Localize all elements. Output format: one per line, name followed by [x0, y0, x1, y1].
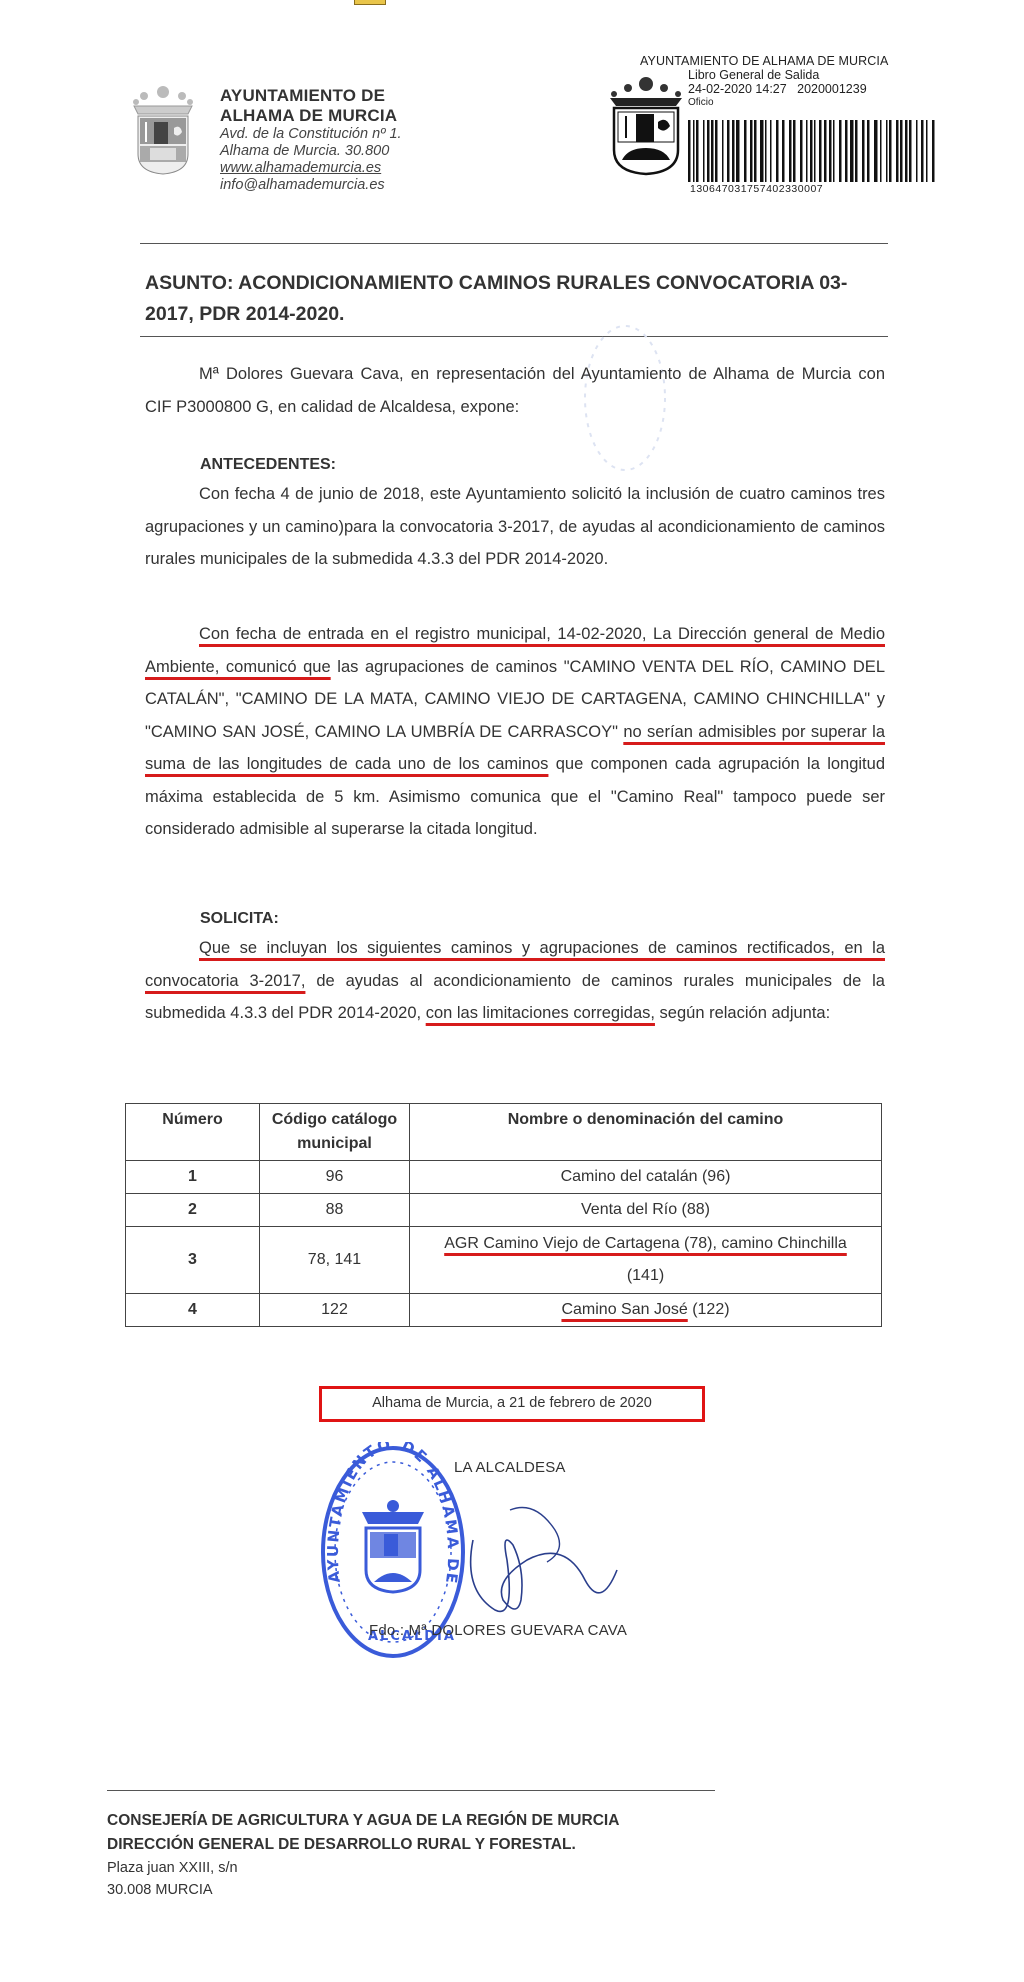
place-date-box: Alhama de Murcia, a 21 de febrero de 202… [319, 1386, 705, 1422]
signer-role: LA ALCALDESA [454, 1459, 566, 1476]
cell-codigo: 78, 141 [260, 1227, 410, 1294]
solicita-paragraph: Que se incluyan los siguientes caminos y… [145, 932, 885, 1030]
highlighted-text: AGR Camino Viejo de Cartagena (78), cami… [444, 1235, 847, 1252]
table-row: 3 78, 141 AGR Camino Viejo de Cartagena … [126, 1227, 882, 1294]
header-codigo: Código catálogo municipal [260, 1104, 410, 1161]
recipient-line2: DIRECCIÓN GENERAL DE DESARROLLO RURAL Y … [107, 1833, 619, 1857]
stamp-book: Libro General de Salida [688, 68, 867, 82]
address-line2: Alhama de Murcia. 30.800 [220, 143, 402, 160]
cell-text: (141) [627, 1267, 664, 1284]
cell-text: (122) [688, 1301, 730, 1318]
highlighted-text: Camino San José [561, 1301, 687, 1318]
barcode-number: 130647031757402330007 [690, 183, 823, 195]
cell-nombre: AGR Camino Viejo de Cartagena (78), cami… [410, 1227, 882, 1294]
email-address: info@alhamademurcia.es [220, 177, 402, 194]
intro-paragraph: Mª Dolores Guevara Cava, en representaci… [145, 358, 885, 423]
divider [140, 243, 888, 244]
stamp-datetime-number: 24-02-2020 14:27 2020001239 [688, 82, 867, 96]
cell-codigo: 122 [260, 1294, 410, 1327]
table-row: 2 88 Venta del Río (88) [126, 1194, 882, 1227]
antecedentes-heading: ANTECEDENTES: [200, 456, 336, 474]
cell-nombre: Camino San José (122) [410, 1294, 882, 1327]
antecedentes-paragraph-2: Con fecha de entrada en el registro muni… [145, 618, 885, 846]
divider [140, 336, 888, 337]
subject-title: ASUNTO: ACONDICIONAMIENTO CAMINOS RURALE… [145, 268, 890, 330]
recipient-address2: 30.008 MURCIA [107, 1879, 619, 1901]
cell-numero: 1 [126, 1161, 260, 1194]
letterhead: AYUNTAMIENTO DE ALHAMA DE MURCIA Avd. de… [220, 86, 402, 194]
cell-codigo: 88 [260, 1194, 410, 1227]
cell-nombre: Venta del Río (88) [410, 1194, 882, 1227]
header-nombre: Nombre o denominación del camino [410, 1104, 882, 1161]
stamp-number: 2020001239 [797, 82, 867, 96]
solicita-heading: SOLICITA: [200, 910, 279, 928]
divider [107, 1790, 715, 1791]
handwritten-signature [455, 1500, 635, 1630]
recipient-block: CONSEJERÍA DE AGRICULTURA Y AGUA DE LA R… [107, 1809, 619, 1901]
table-header-row: Número Código catálogo municipal Nombre … [126, 1104, 882, 1161]
stamp-datetime: 24-02-2020 14:27 [688, 82, 787, 96]
scan-marker [354, 0, 386, 5]
antecedentes-text-1: Con fecha 4 de junio de 2018, este Ayunt… [145, 485, 885, 568]
roads-table: Número Código catálogo municipal Nombre … [125, 1103, 882, 1327]
cell-codigo: 96 [260, 1161, 410, 1194]
intro-text: Mª Dolores Guevara Cava, en representaci… [145, 365, 885, 416]
org-name-line2: ALHAMA DE MURCIA [220, 106, 402, 126]
registry-stamp-details: Libro General de Salida 24-02-2020 14:27… [688, 68, 867, 110]
recipient-address1: Plaza juan XXIII, s/n [107, 1857, 619, 1879]
highlighted-text: con las limitaciones corregidas, [426, 1004, 655, 1022]
table-row: 4 122 Camino San José (122) [126, 1294, 882, 1327]
cell-numero: 4 [126, 1294, 260, 1327]
cell-numero: 2 [126, 1194, 260, 1227]
cell-numero: 3 [126, 1227, 260, 1294]
stamp-crest-icon [608, 76, 684, 176]
recipient-line1: CONSEJERÍA DE AGRICULTURA Y AGUA DE LA R… [107, 1809, 619, 1833]
cell-nombre: Camino del catalán (96) [410, 1161, 882, 1194]
signer-name: Fdo.: Mª DOLORES GUEVARA CAVA [369, 1622, 627, 1639]
paragraph-text: según relación adjunta: [655, 1004, 830, 1022]
header-numero: Número [126, 1104, 260, 1161]
table-row: 1 96 Camino del catalán (96) [126, 1161, 882, 1194]
barcode [688, 120, 936, 182]
antecedentes-paragraph-1: Con fecha 4 de junio de 2018, este Ayunt… [145, 478, 885, 576]
stamp-type: Oficio [688, 96, 867, 110]
website-link[interactable]: www.alhamademurcia.es [220, 160, 402, 177]
org-name-line1: AYUNTAMIENTO DE [220, 86, 402, 106]
stamp-title: AYUNTAMIENTO DE ALHAMA DE MURCIA [640, 54, 888, 68]
address-line1: Avd. de la Constitución nº 1. [220, 126, 402, 143]
municipal-crest-icon [132, 84, 194, 176]
